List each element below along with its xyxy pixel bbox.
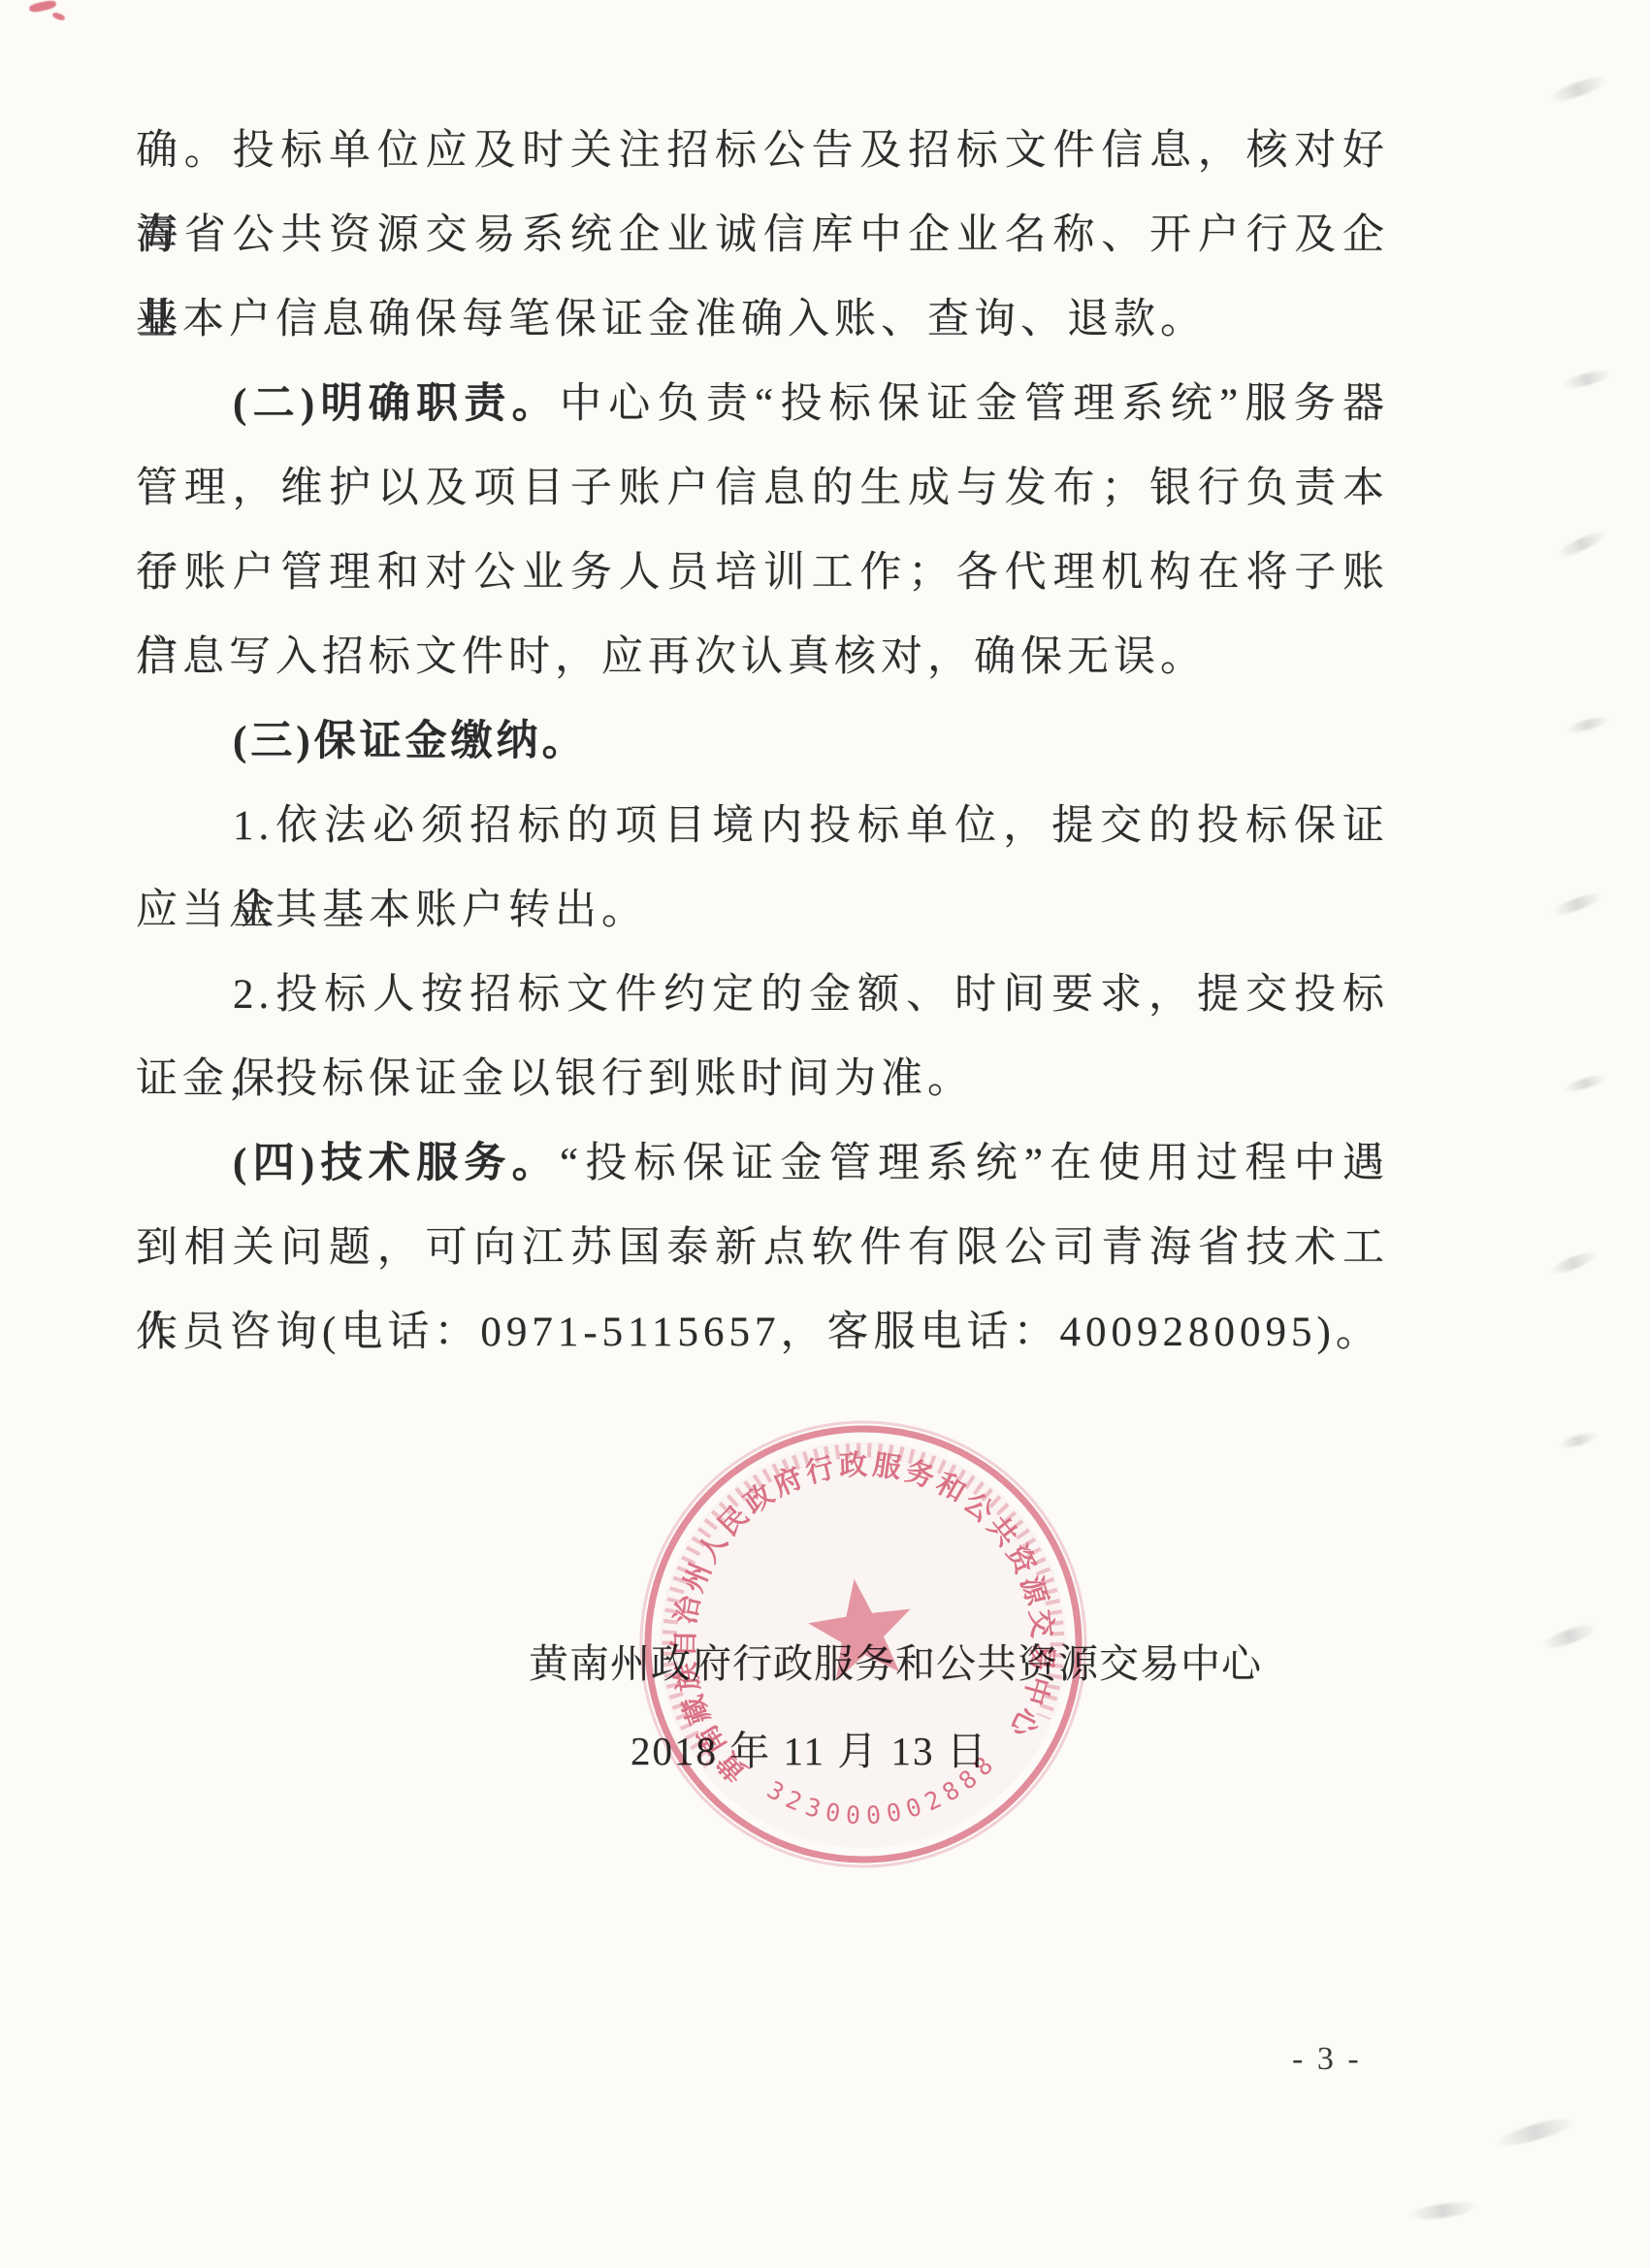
text-line: 信息写入招标文件时，应再次认真核对，确保无误。: [136, 615, 1389, 699]
scan-artifact: [1548, 1248, 1600, 1279]
line-text: 中心负责“投标保证金管理系统”服务器: [560, 381, 1389, 427]
scan-artifact: [1550, 890, 1605, 919]
scan-artifact: [1555, 528, 1609, 562]
text-line: (四)技术服务。“投标保证金管理系统”在使用过程中遇: [136, 1121, 1389, 1206]
line-text: 证金，投标保证金以银行到账时间为准。: [136, 1056, 974, 1102]
text-line: 子账户管理和对公业务人员培训工作；各代理机构在将子账户: [136, 531, 1389, 615]
text-line: 确。投标单位应及时关注招标公告及招标文件信息，核对好青: [136, 109, 1389, 193]
document-page: 确。投标单位应及时关注招标公告及招标文件信息，核对好青海省公共资源交易系统企业诚…: [0, 0, 1649, 2268]
scan-artifact: [1407, 2199, 1478, 2222]
scan-artifact: [1539, 1620, 1599, 1653]
line-text: 应当从其基本账户转出。: [136, 888, 648, 933]
text-line: 到相关问题，可向江苏国泰新点软件有限公司青海省技术工作: [136, 1206, 1389, 1290]
scan-artifact: [1547, 73, 1608, 106]
section-heading: (四)技术服务。: [233, 1141, 560, 1186]
line-text: “投标保证金管理系统”在使用过程中遇: [560, 1141, 1389, 1186]
text-line: 1.依法必须招标的项目境内投标单位，提交的投标保证金: [136, 784, 1389, 868]
section-heading: (二)明确职责。: [233, 381, 560, 427]
scan-artifact: [1493, 2113, 1577, 2151]
text-line: 应当从其基本账户转出。: [136, 868, 1389, 953]
scan-artifact: [1557, 1431, 1599, 1451]
text-line: 基本户信息确保每笔保证金准确入账、查询、退款。: [136, 277, 1389, 362]
line-text: 人员咨询(电话：0971-5115657，客服电话：4009280095)。: [136, 1310, 1382, 1355]
text-line: 管理，维护以及项目子账户信息的生成与发布；银行负责本行: [136, 446, 1389, 531]
line-text: 信息写入招标文件时，应再次认真核对，确保无误。: [136, 634, 1207, 680]
text-line: 2.投标人按招标文件约定的金额、时间要求，提交投标保: [136, 953, 1389, 1037]
official-seal: 黄南藏族自治州人民政府行政服务和公共资源交易中心 323000002888: [567, 1348, 1159, 1940]
document-body: 确。投标单位应及时关注招标公告及招标文件信息，核对好青海省公共资源交易系统企业诚…: [136, 109, 1389, 1375]
scan-artifact-red: [28, 0, 56, 14]
section-heading: (三)保证金缴纳。: [233, 719, 588, 764]
text-line: (三)保证金缴纳。: [136, 699, 1389, 784]
text-line: 海省公共资源交易系统企业诚信库中企业名称、开户行及企业: [136, 193, 1389, 277]
scan-artifact-red: [51, 12, 65, 21]
scan-artifact: [1561, 367, 1612, 391]
text-line: (二)明确职责。中心负责“投标保证金管理系统”服务器: [136, 362, 1389, 446]
scan-artifact: [1565, 714, 1610, 735]
scan-artifact: [1563, 1072, 1608, 1095]
line-text: 基本户信息确保每笔保证金准确入账、查询、退款。: [136, 297, 1207, 342]
text-line: 人员咨询(电话：0971-5115657，客服电话：4009280095)。: [136, 1290, 1389, 1375]
text-line: 证金，投标保证金以银行到账时间为准。: [136, 1037, 1389, 1121]
page-number: - 3 -: [1292, 2041, 1362, 2078]
